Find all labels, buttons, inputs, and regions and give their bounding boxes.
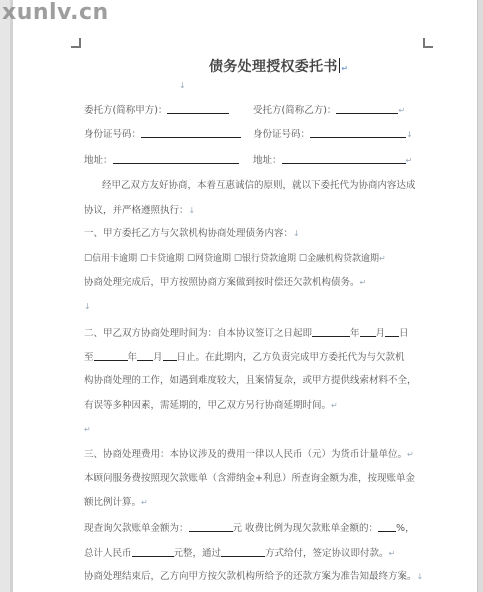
text-cursor: [339, 58, 341, 73]
bill-amount-blank[interactable]: [189, 522, 233, 532]
section-3-line-2: 本顾问服务费按照现欠款账单（含滞纳金+利息）所查询金额为准，按现账单金: [84, 473, 415, 485]
checkbox-icon: ☐: [140, 254, 148, 264]
checkbox-card-loan[interactable]: ☐卡贷逾期: [140, 254, 184, 264]
agent-address-field: 地址：↵: [253, 154, 412, 167]
agent-field: 受托方(简称乙方)：↵: [253, 104, 405, 117]
checkbox-icon: ☐: [187, 254, 195, 264]
principal-id-field: 身份证号码：: [84, 128, 241, 141]
checkbox-icon: ☐: [234, 254, 242, 264]
principal-address-field: 地址：: [84, 154, 239, 167]
agent-id-field: 身份证号码：↓: [253, 128, 413, 141]
empty-line-mark-icon: ↓: [84, 301, 91, 313]
end-year-blank[interactable]: [94, 351, 128, 361]
left-margin-strip: [0, 0, 10, 592]
section-1-heading: 一、甲方委托乙方与欠款机构协商处理债务内容：↓: [84, 228, 300, 240]
section-3-line-5: 总计人民币元整，通过方式给付，签定协议即付款。↵: [84, 547, 395, 560]
document-title[interactable]: 债务处理授权委托书↵: [209, 56, 348, 76]
document-page[interactable]: 债务处理授权委托书↵ ↓ 委托方(简称甲方)： 受托方(简称乙方)：↵ 身份证号…: [13, 0, 477, 592]
top-left-margin-corner-icon: [71, 38, 81, 48]
paragraph-mark-icon: ↵: [341, 64, 348, 73]
intro-line-2: 协议，并严格遵照执行：↓: [84, 205, 195, 217]
section-2-line-3: 构协商处理的工作，如遇到难度较大，且案情复杂，或甲方提供线索材料不全，: [84, 375, 417, 387]
end-day-blank[interactable]: [163, 351, 177, 361]
principal-blank[interactable]: [167, 104, 229, 114]
empty-paragraph-mark-icon: ↵: [84, 424, 91, 436]
checkbox-icon: ☐: [84, 254, 92, 264]
end-month-blank[interactable]: [137, 351, 153, 361]
section-2-line-4: 有误等多种因素，需延期的，甲乙双方另行协商延期时间。↵: [84, 400, 338, 412]
section-1-after: 协商处理完成后，甲方按照协商方案做到按时偿还欠款机构债务。↵: [84, 277, 366, 289]
intro-line-1: 经甲乙双方友好协商，本着互惠诚信的原则，就以下委托代为协商内容达成: [102, 180, 416, 192]
top-right-margin-corner-icon: [423, 38, 433, 48]
section-3-line-4: 现查询欠款账单金额为：元 收费比例为现欠款账单金额的：%，: [84, 522, 415, 535]
debt-type-options: ☐信用卡逾期 ☐卡贷逾期 ☐网贷逾期 ☐银行贷款逾期 ☐金融机构贷款逾期↵: [84, 253, 386, 265]
checkbox-bank-loan[interactable]: ☐银行贷款逾期: [234, 254, 296, 264]
principal-field: 委托方(简称甲方)：: [84, 104, 229, 117]
section-3-line-6: 协商处理结束后，乙方向甲方按欠款机构所给予的还款方案为准告知最终方案。↓: [84, 571, 423, 583]
right-scrollbar-strip[interactable]: [477, 0, 483, 592]
total-amount-blank[interactable]: [132, 547, 174, 557]
watermark-logo: xunlv.cn: [2, 0, 109, 25]
start-day-blank[interactable]: [385, 327, 399, 337]
empty-line-mark-icon: ↓: [179, 80, 186, 92]
checkbox-credit-card[interactable]: ☐信用卡逾期: [84, 254, 137, 264]
agent-address-blank[interactable]: [282, 154, 406, 164]
agent-blank[interactable]: [336, 104, 398, 114]
checkbox-online-loan[interactable]: ☐网贷逾期: [187, 254, 231, 264]
payment-method-blank[interactable]: [221, 547, 265, 557]
start-month-blank[interactable]: [360, 327, 376, 337]
checkbox-icon: ☐: [299, 254, 307, 264]
checkbox-financial-institution-loan[interactable]: ☐金融机构贷款逾期: [299, 254, 379, 264]
section-2-line-2: 至年月日止。在此期内，乙方负责完成甲方委托代为与欠款机: [84, 351, 405, 364]
start-year-blank[interactable]: [312, 327, 350, 337]
section-3-line-1: 三、协商处理费用：本协议涉及的费用一律以人民币（元）为货币计量单位。↵: [84, 449, 414, 461]
section-3-line-3: 额比例计算。↵: [84, 497, 148, 509]
fee-percentage-blank[interactable]: [378, 522, 396, 532]
agent-id-blank[interactable]: [310, 128, 406, 138]
section-2-line-1: 二、甲乙双方协商处理时间为：自本协议签订之日起即年月日: [84, 327, 409, 340]
principal-address-blank[interactable]: [113, 154, 239, 164]
principal-id-blank[interactable]: [141, 128, 241, 138]
